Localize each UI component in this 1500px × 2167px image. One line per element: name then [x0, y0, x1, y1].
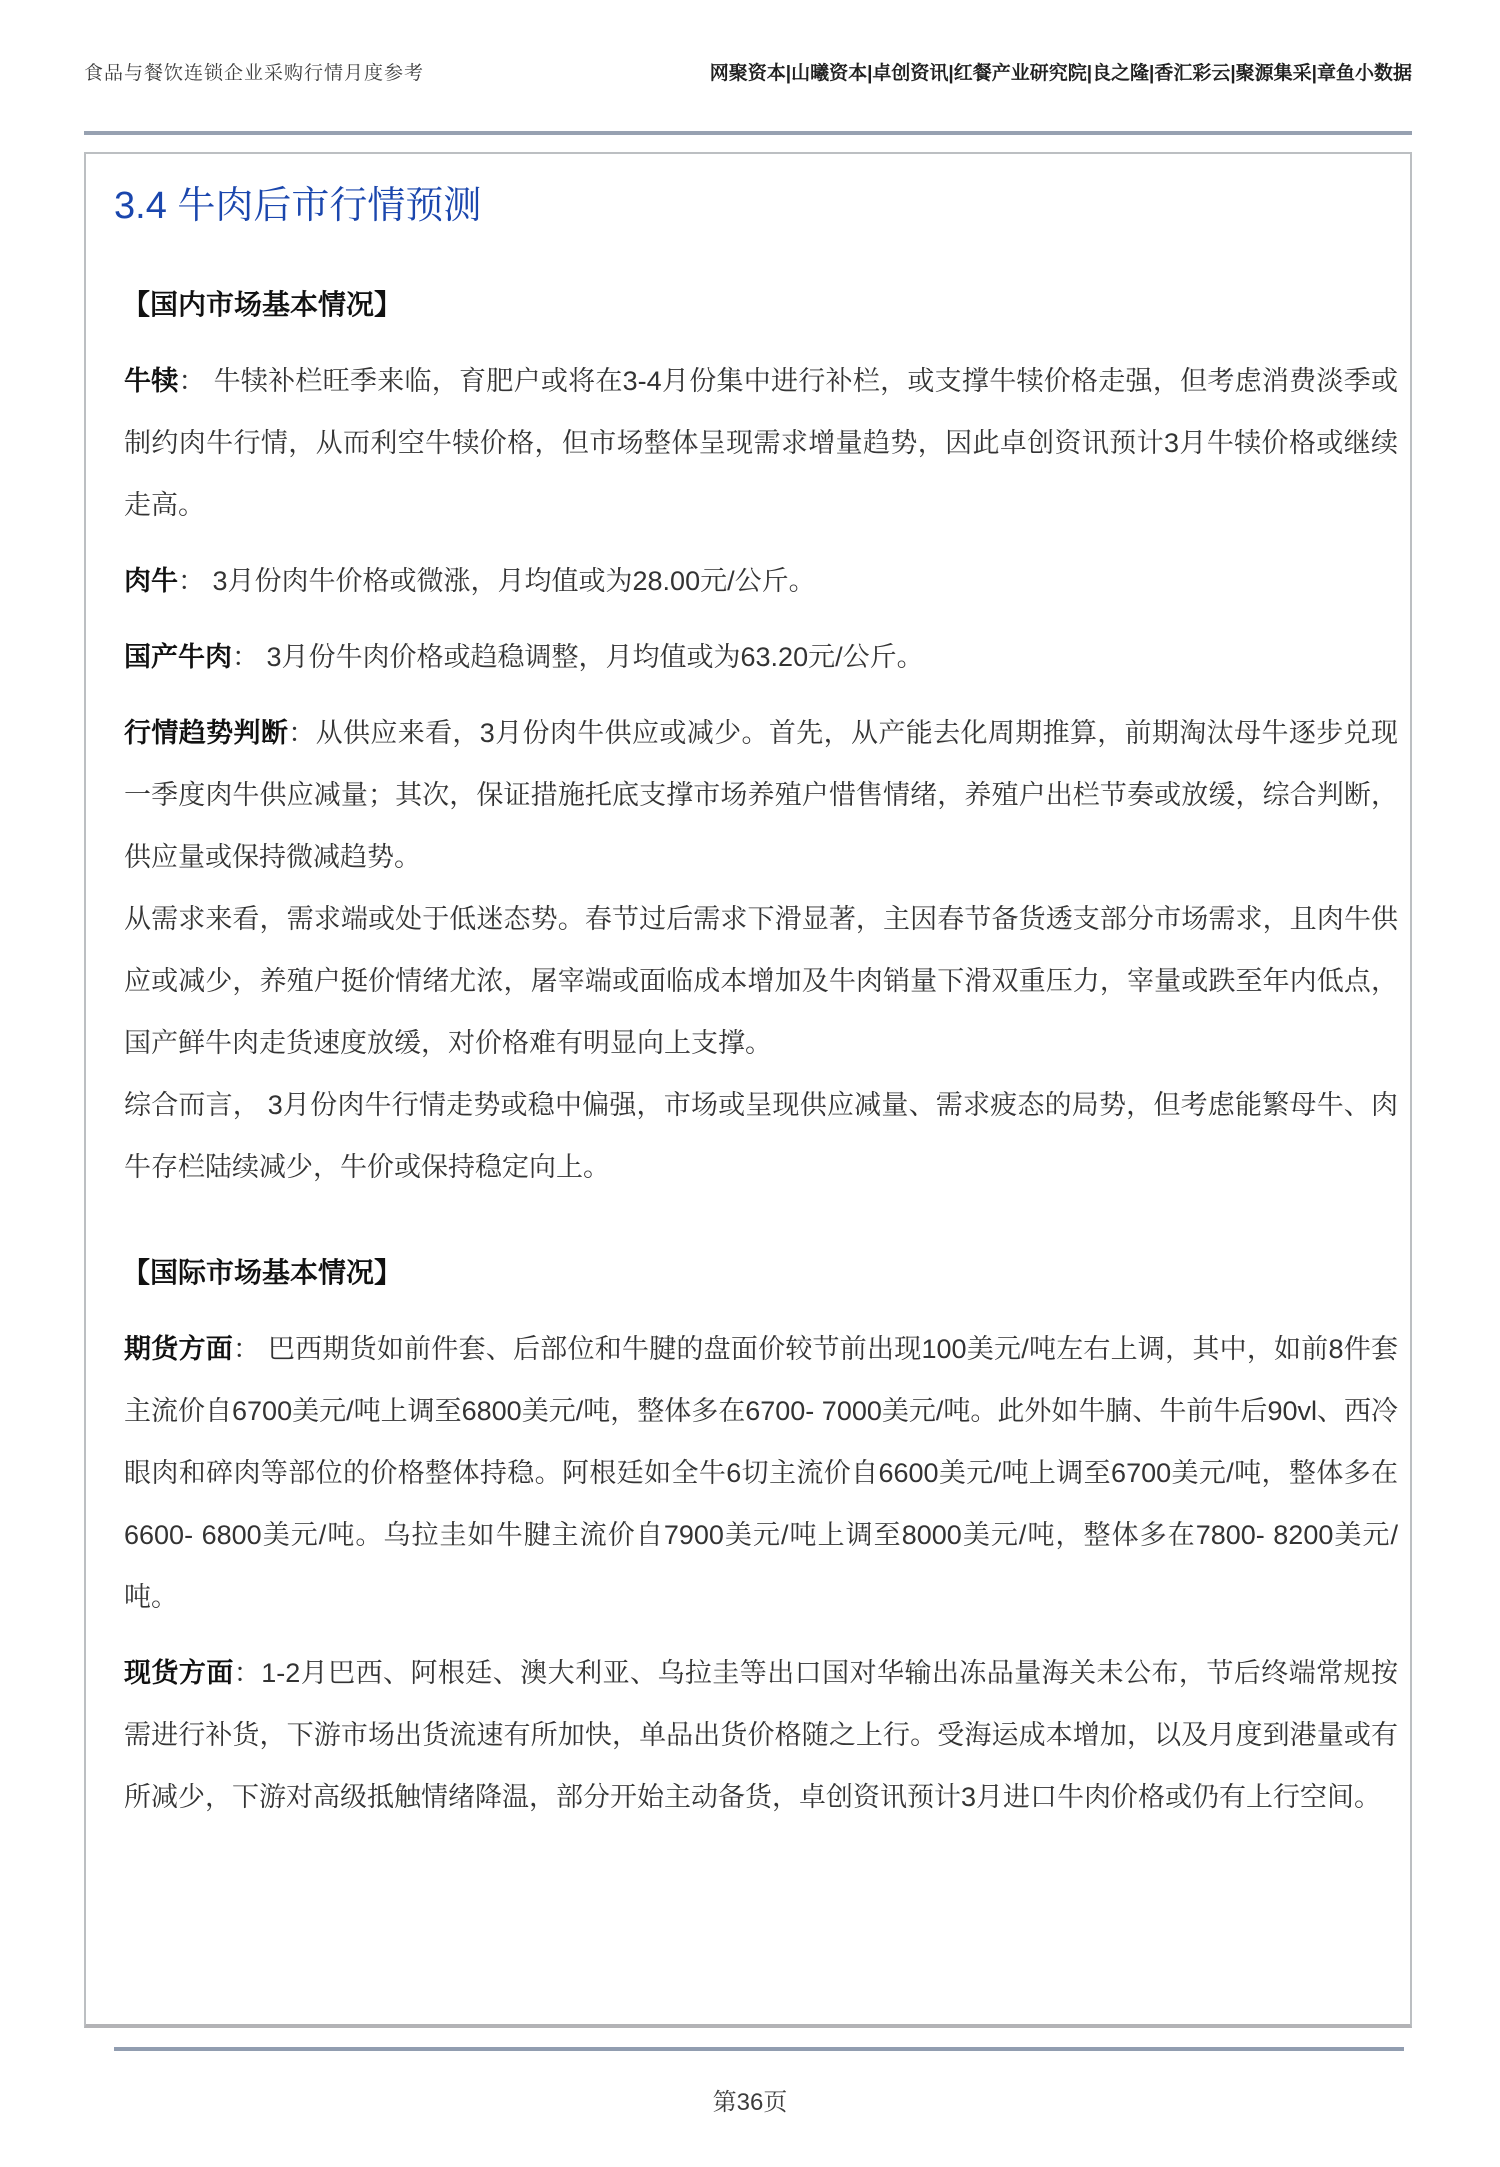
- paragraph-futures: 期货方面： 巴西期货如前件套、后部位和牛腱的盘面价较节前出现100美元/吨左右上…: [124, 1318, 1398, 1628]
- paragraph-label: 行情趋势判断: [124, 718, 288, 748]
- paragraph-text: ： 3月份肉牛价格或微涨，月均值或为28.00元/公斤。: [178, 566, 816, 596]
- paragraph-label: 国产牛肉: [124, 642, 232, 672]
- paragraph-text: ： 3月份牛肉价格或趋稳调整，月均值或为63.20元/公斤。: [232, 642, 924, 672]
- section-heading-domestic: 【国内市场基本情况】: [122, 274, 1398, 336]
- header-left-text: 食品与餐饮连锁企业采购行情月度参考: [84, 58, 424, 85]
- page-title: 3.4 牛肉后市行情预测: [114, 182, 1398, 230]
- paragraph-calf: 牛犊： 牛犊补栏旺季来临，育肥户或将在3-4月份集中进行补栏，或支撑牛犊价格走强…: [124, 350, 1398, 536]
- paragraph-text: ：1-2月巴西、阿根廷、澳大利亚、乌拉圭等出口国对华输出冻品量海关未公布，节后终…: [124, 1658, 1398, 1812]
- paragraph-cattle: 肉牛： 3月份肉牛价格或微涨，月均值或为28.00元/公斤。: [124, 550, 1398, 612]
- trend-summary-text: 综合而言， 3月份肉牛行情走势或稳中偏强，市场或呈现供应减量、需求疲态的局势，但…: [124, 1074, 1398, 1198]
- paragraph-label: 牛犊: [124, 366, 179, 396]
- paragraph-domestic-beef: 国产牛肉： 3月份牛肉价格或趋稳调整，月均值或为63.20元/公斤。: [124, 626, 1398, 688]
- paragraph-text: ： 巴西期货如前件套、后部位和牛腱的盘面价较节前出现100美元/吨左右上调，其中…: [124, 1334, 1398, 1612]
- paragraph-label: 期货方面: [124, 1334, 233, 1364]
- paragraph-spot: 现货方面：1-2月巴西、阿根廷、澳大利亚、乌拉圭等出口国对华输出冻品量海关未公布…: [124, 1642, 1398, 1828]
- paragraph-label: 现货方面: [124, 1658, 234, 1688]
- trend-supply-text: 行情趋势判断：从供应来看，3月份肉牛供应或减少。首先，从产能去化周期推算，前期淘…: [124, 702, 1398, 888]
- header-right-text: 网聚资本|山曦资本|卓创资讯|红餐产业研究院|良之隆|香汇彩云|聚源集采|章鱼小…: [710, 58, 1412, 85]
- paragraph-label: 肉牛: [124, 566, 178, 596]
- footer-divider: [114, 2047, 1404, 2051]
- page-header: 食品与餐饮连锁企业采购行情月度参考 网聚资本|山曦资本|卓创资讯|红餐产业研究院…: [84, 58, 1412, 85]
- section-heading-international: 【国际市场基本情况】: [122, 1242, 1398, 1304]
- content-box: 3.4 牛肉后市行情预测 【国内市场基本情况】 牛犊： 牛犊补栏旺季来临，育肥户…: [84, 152, 1412, 2028]
- paragraph-text: ： 牛犊补栏旺季来临，育肥户或将在3-4月份集中进行补栏，或支撑牛犊价格走强，但…: [124, 366, 1398, 520]
- paragraph-trend-judgement: 行情趋势判断：从供应来看，3月份肉牛供应或减少。首先，从产能去化周期推算，前期淘…: [124, 702, 1398, 1198]
- header-divider: [84, 131, 1412, 135]
- paragraph-text: ：从供应来看，3月份肉牛供应或减少。首先，从产能去化周期推算，前期淘汰母牛逐步兑…: [124, 718, 1398, 872]
- page-number: 第36页: [0, 2082, 1500, 2117]
- trend-demand-text: 从需求来看，需求端或处于低迷态势。春节过后需求下滑显著，主因春节备货透支部分市场…: [124, 888, 1398, 1074]
